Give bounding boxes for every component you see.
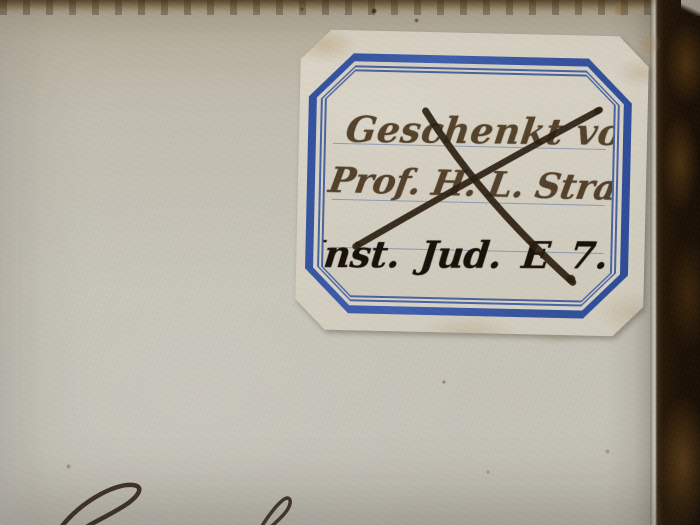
book-page-photo: Geschenkt von Prof. H. L. Strack Inst. J…	[0, 0, 700, 525]
partial-handwriting-loops	[0, 0, 700, 525]
